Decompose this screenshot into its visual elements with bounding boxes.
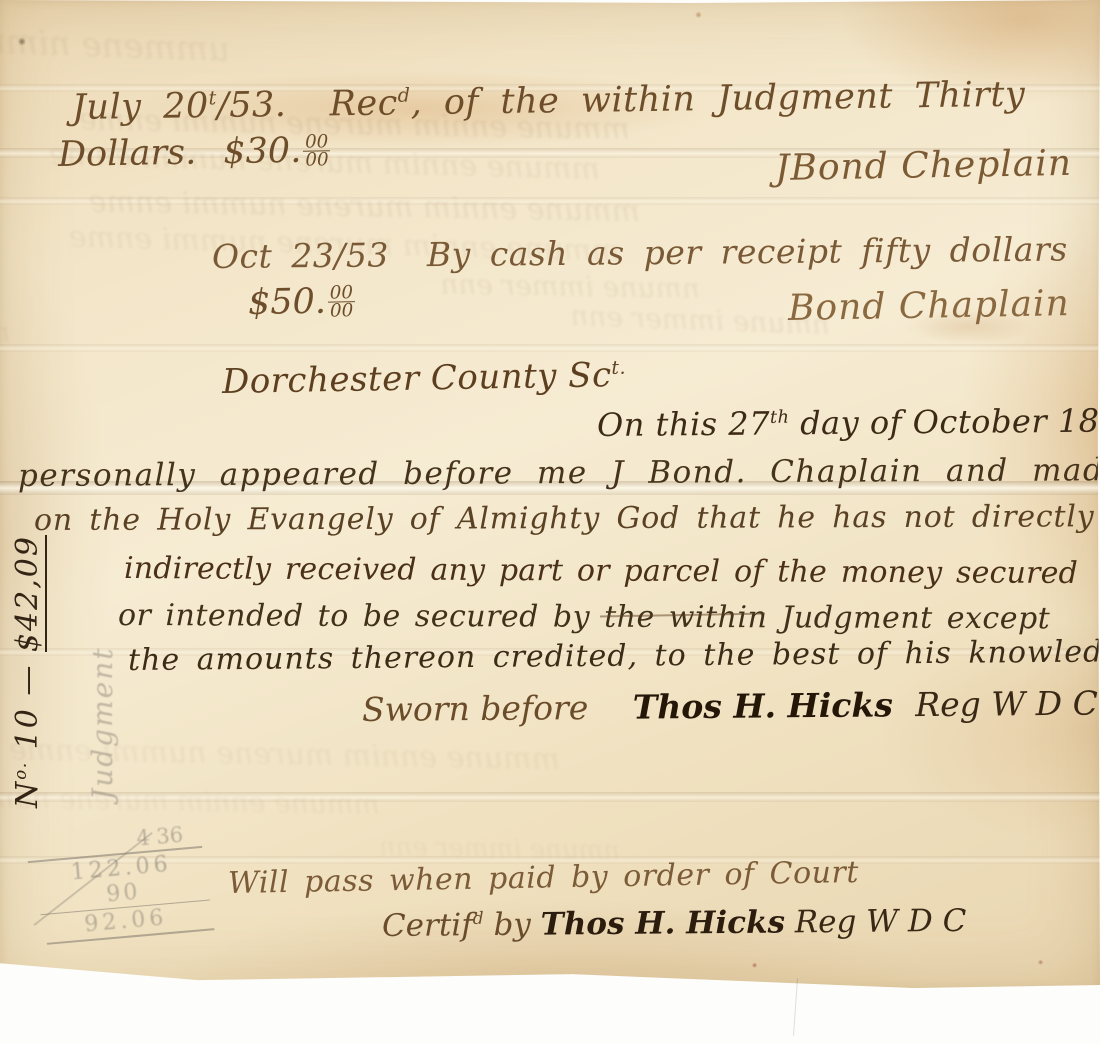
margin-pencil-judgment: Judgment bbox=[86, 646, 119, 800]
registrar-signature: Thos H. Hicks bbox=[633, 685, 893, 726]
receipt1-line2: Dollars. $30.0000 bbox=[58, 130, 331, 175]
certified-superscript: d bbox=[473, 909, 484, 929]
receipt1-amount: $30.0000 bbox=[223, 130, 331, 172]
bleedthrough-ghost-line: nmune immer enn bbox=[0, 314, 10, 348]
affidavit-body-line5: the amounts thereon credited, to the bes… bbox=[128, 634, 1100, 678]
docket-no-superscript: o. bbox=[11, 761, 30, 780]
scanned-document-page: ummene nimmur ennum mmine unnem murein n… bbox=[0, 0, 1100, 1044]
fold-crease bbox=[0, 792, 1100, 802]
receipt2-amount-whole: $50. bbox=[248, 282, 327, 323]
pencil-arithmetic-block: 4 36 122.06 90 92.06 bbox=[26, 820, 220, 945]
certified-by-word: by bbox=[483, 907, 540, 943]
margin-docket-number: No. 10 — $42,09 bbox=[10, 535, 45, 808]
receipt1-date-superscript: t bbox=[208, 86, 217, 109]
registrar-signature: Thos H. Hicks bbox=[541, 904, 786, 942]
receipt1-amount-fraction: 0000 bbox=[303, 133, 331, 169]
certified-word: Certif bbox=[382, 907, 473, 944]
receipt2-line1: Oct 23/53 By cash as per receipt fifty d… bbox=[212, 230, 1068, 276]
bleedthrough-ghost-line: mmune ennim murene nummi enme bbox=[0, 779, 380, 821]
bleedthrough-ghost-line: ummene nimmur ennum mmine unnem murein n… bbox=[0, 0, 231, 70]
registrar-title: Reg W D C bbox=[785, 903, 967, 941]
bleedthrough-ghost-line: mmune ennim murene nummi enme bbox=[89, 184, 641, 229]
affidavit-body-line3: indirectly received any part or parcel o… bbox=[124, 551, 1078, 591]
docket-no: N bbox=[10, 780, 45, 808]
affidavit-date-line: On this 27th day of October 1852 bbox=[597, 401, 1100, 444]
docket-no-rest: 10 — bbox=[10, 652, 45, 761]
receipt1-dollars-word: Dollars. bbox=[58, 133, 197, 175]
fraction-denominator: 00 bbox=[328, 302, 355, 320]
docket-amount: $42,09 bbox=[10, 535, 47, 652]
stray-pencil-hairline bbox=[793, 978, 798, 1036]
certified-text: Certifd by bbox=[382, 907, 541, 944]
registrar-title: Reg W D C bbox=[915, 684, 1098, 725]
receipt1-amount-whole: $30. bbox=[223, 131, 302, 172]
affidavit-date-superscript: th bbox=[770, 408, 790, 428]
affidavit-body-line4: or intended to be secured by the within … bbox=[118, 598, 1050, 636]
footer-will-pass-line: Will pass when paid by order of Court bbox=[228, 855, 859, 901]
affidavit-heading: Dorchester County Sct. bbox=[222, 355, 627, 402]
footer-certified-line: Certifd by Thos H. Hicks Reg W D C bbox=[382, 903, 967, 944]
receipt2-amount: $50.0000 bbox=[248, 281, 356, 323]
fold-crease bbox=[0, 197, 1100, 205]
affidavit-date: On this 27 bbox=[597, 404, 770, 444]
receipt1-line1: July 20t/53. Recd, of the within Judgmen… bbox=[72, 75, 1026, 128]
sworn-before-text: Sworn before bbox=[362, 688, 589, 729]
affidavit-sworn-line: Sworn before Thos H. Hicks Reg W D C bbox=[362, 684, 1098, 729]
affidavit-body-line2: on the Holy Evangely of Almighty God tha… bbox=[34, 499, 1100, 538]
fraction-denominator: 00 bbox=[303, 151, 330, 169]
receipt1-date: July 20 bbox=[72, 86, 209, 128]
receipt1-date-rest: /53. Rec bbox=[217, 83, 398, 126]
receipt1-text: , of the within Judgment Thirty bbox=[410, 75, 1025, 124]
receipt2-amount-fraction: 0000 bbox=[328, 284, 356, 320]
receipt1-signature: JBond Cheplain bbox=[775, 143, 1073, 189]
affidavit-date-rest: day of October 1852 bbox=[789, 401, 1100, 442]
receipt2-signature: Bond Chaplain bbox=[788, 283, 1070, 329]
fold-crease bbox=[0, 344, 1100, 352]
county-name: Dorchester County Sc bbox=[222, 355, 612, 402]
affidavit-body-line1: personally appeared before me J Bond. Ch… bbox=[18, 452, 1100, 494]
receipt1-recd-superscript: d bbox=[398, 84, 411, 107]
heading-superscript: t. bbox=[611, 358, 626, 379]
aged-paper-sheet: ummene nimmur ennum mmine unnem murein n… bbox=[0, 0, 1100, 990]
